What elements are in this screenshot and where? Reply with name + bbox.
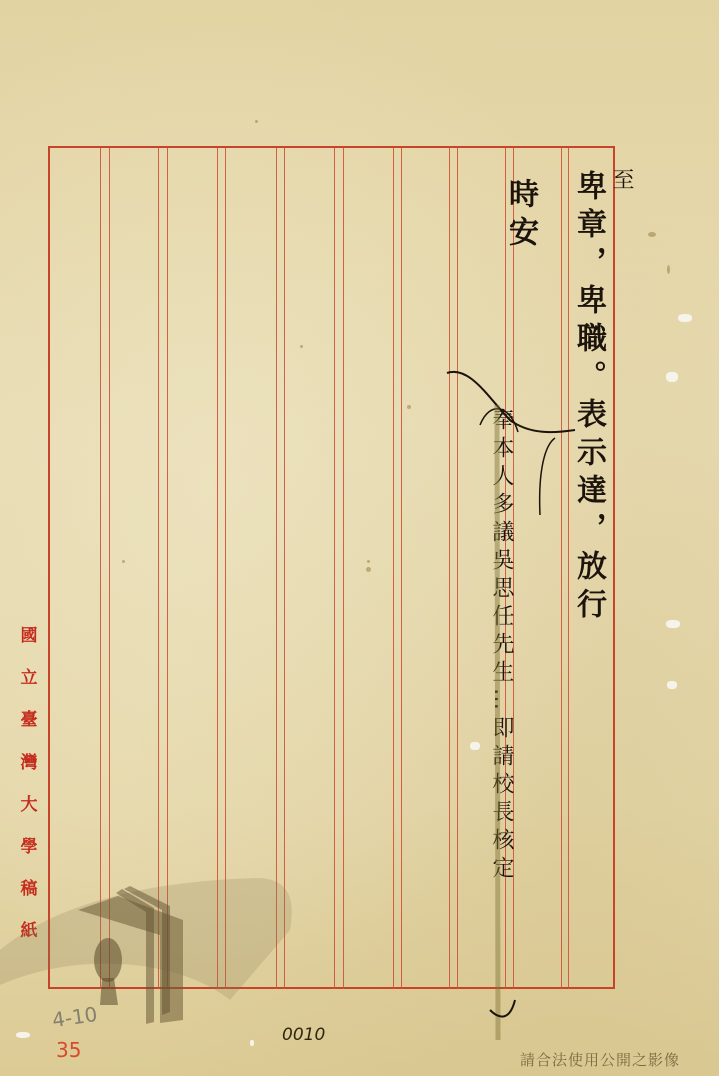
- usage-watermark: 請合法使用公開之影像: [520, 1049, 680, 1070]
- page-number: 0010: [282, 1025, 325, 1045]
- insertion-mark-icon: [0, 0, 719, 1076]
- red-page-annotation: 35: [56, 1038, 81, 1062]
